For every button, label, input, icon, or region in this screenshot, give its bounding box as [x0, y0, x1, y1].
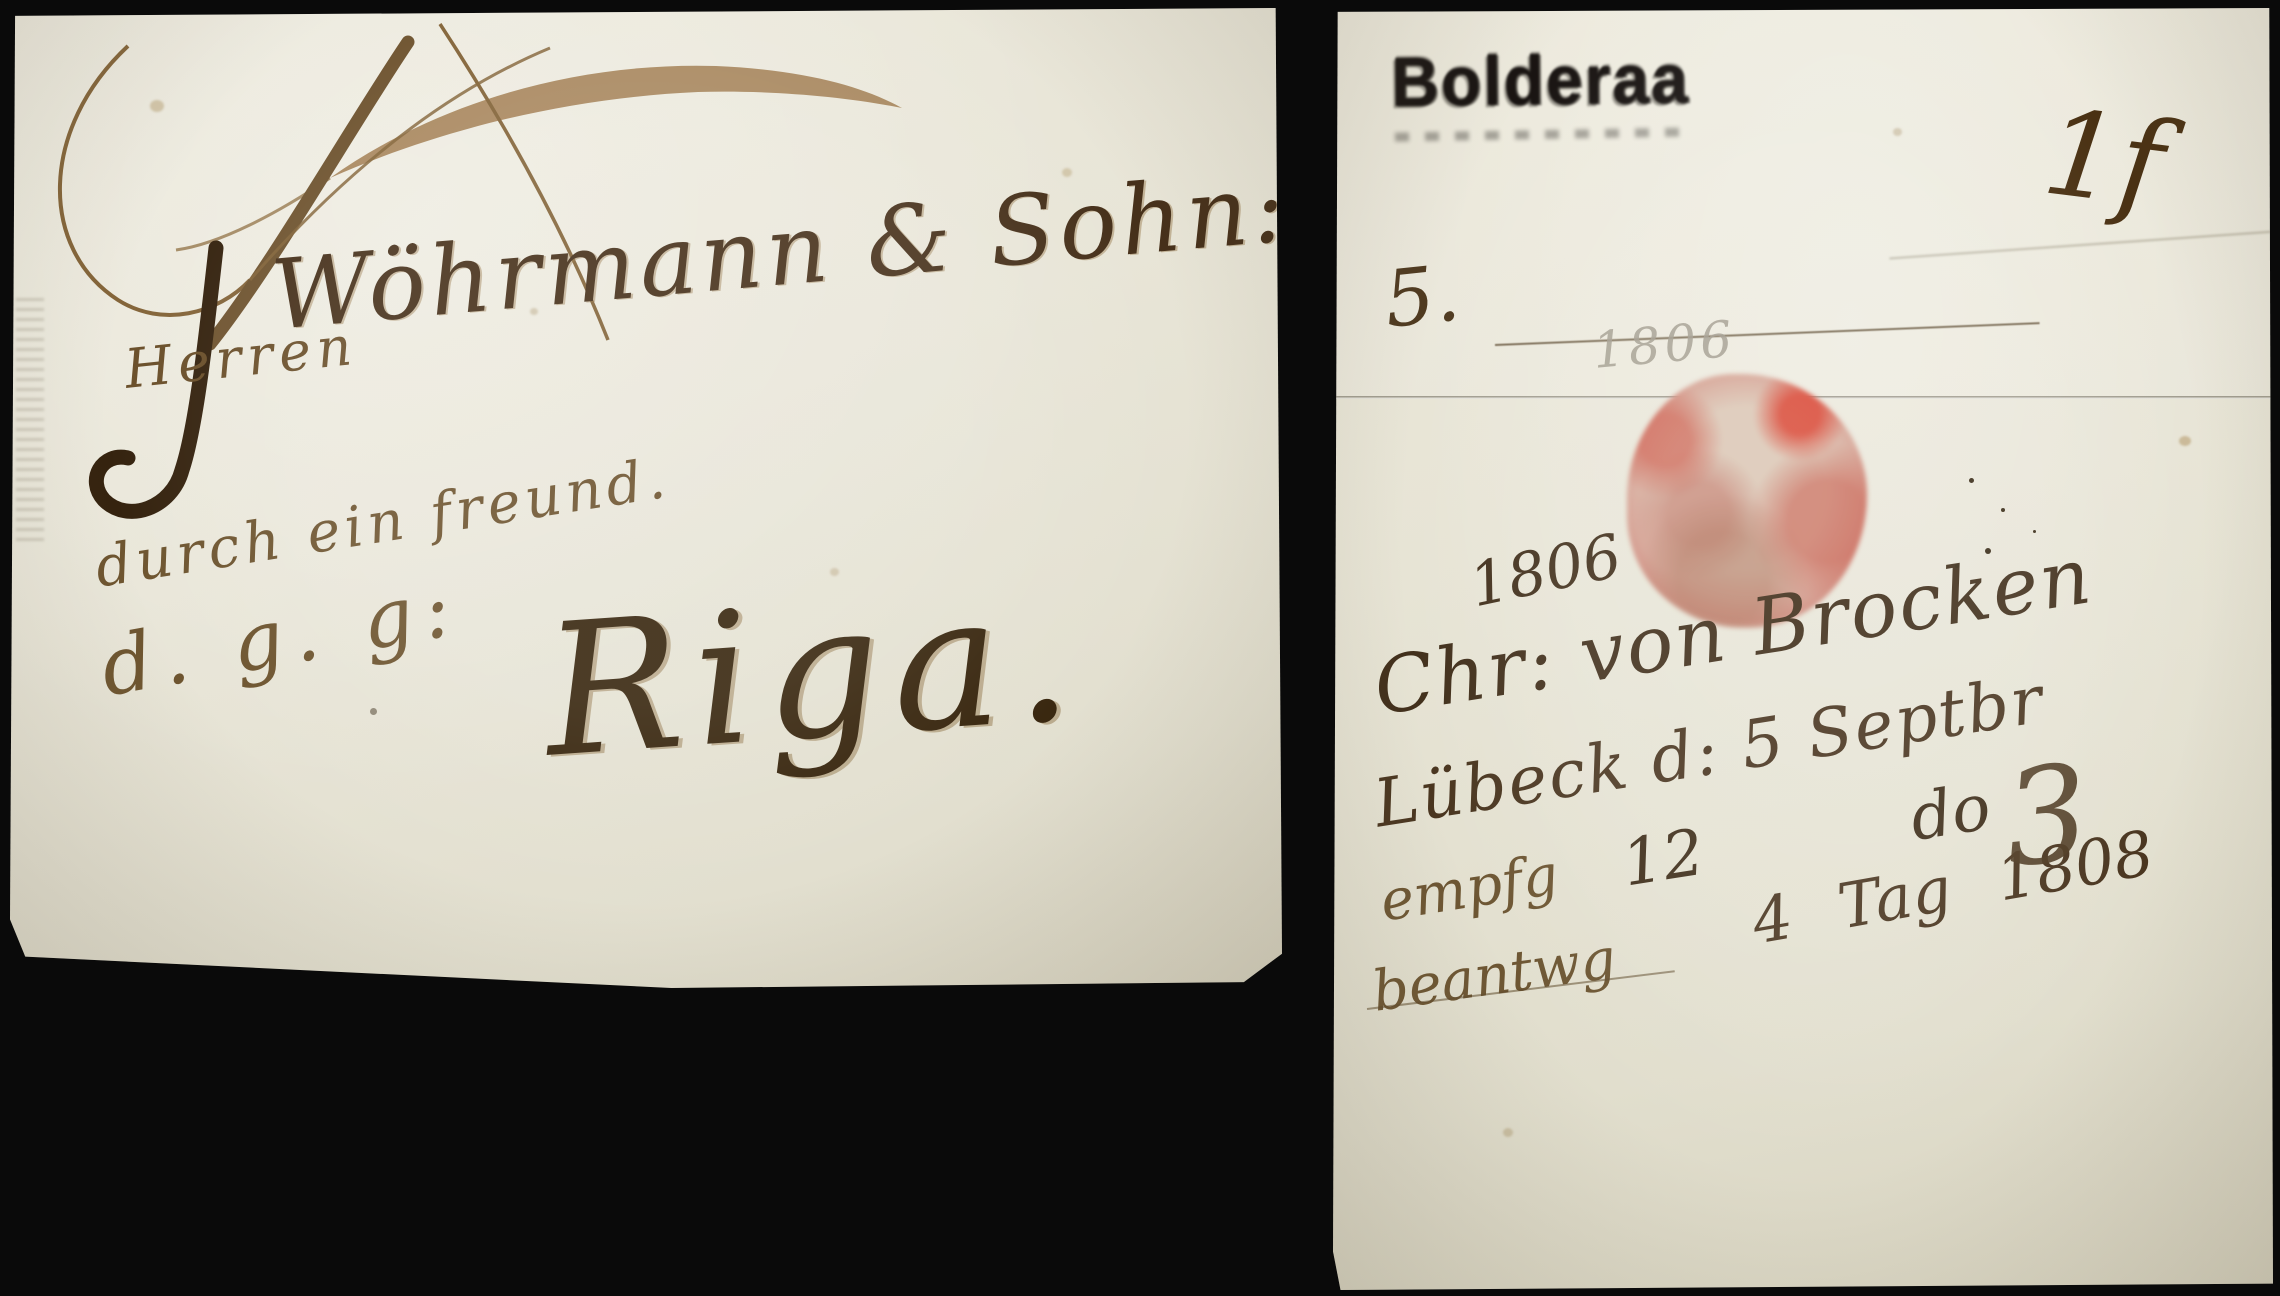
docket-flourish: 3	[1997, 736, 2097, 898]
rate-mark: 1f	[2037, 83, 2172, 234]
left-cover-address-side: Herren Wöhrmann & Sohn: durch ein freund…	[10, 8, 1282, 988]
foxing-spot	[2179, 436, 2191, 446]
right-cover-docket-side: Bolderaa 5. 1f 1806 1806 Chr: von Brocke…	[1333, 8, 2273, 1290]
ink-speck	[1969, 478, 1974, 483]
destination-text: Riga.	[538, 549, 1090, 798]
docket-answered-label: beantwg	[1368, 926, 1619, 1024]
ink-speck	[1985, 548, 1991, 554]
ink-speck	[1955, 564, 1959, 568]
docket-received-label: empfg	[1376, 842, 1563, 934]
ink-speck	[2033, 530, 2036, 533]
ink-showthrough-left-edge	[16, 298, 44, 548]
ink-speck	[2001, 508, 2005, 512]
foxing-spot	[1503, 1128, 1513, 1137]
photo-of-two-postal-covers: { "scene": { "background_color": "#0a0a0…	[0, 0, 2280, 1296]
pencil-year-note: 1806	[1590, 310, 1738, 380]
manuscript-number: 5.	[1380, 248, 1463, 345]
bolderaa-postmark: Bolderaa	[1391, 38, 1690, 122]
